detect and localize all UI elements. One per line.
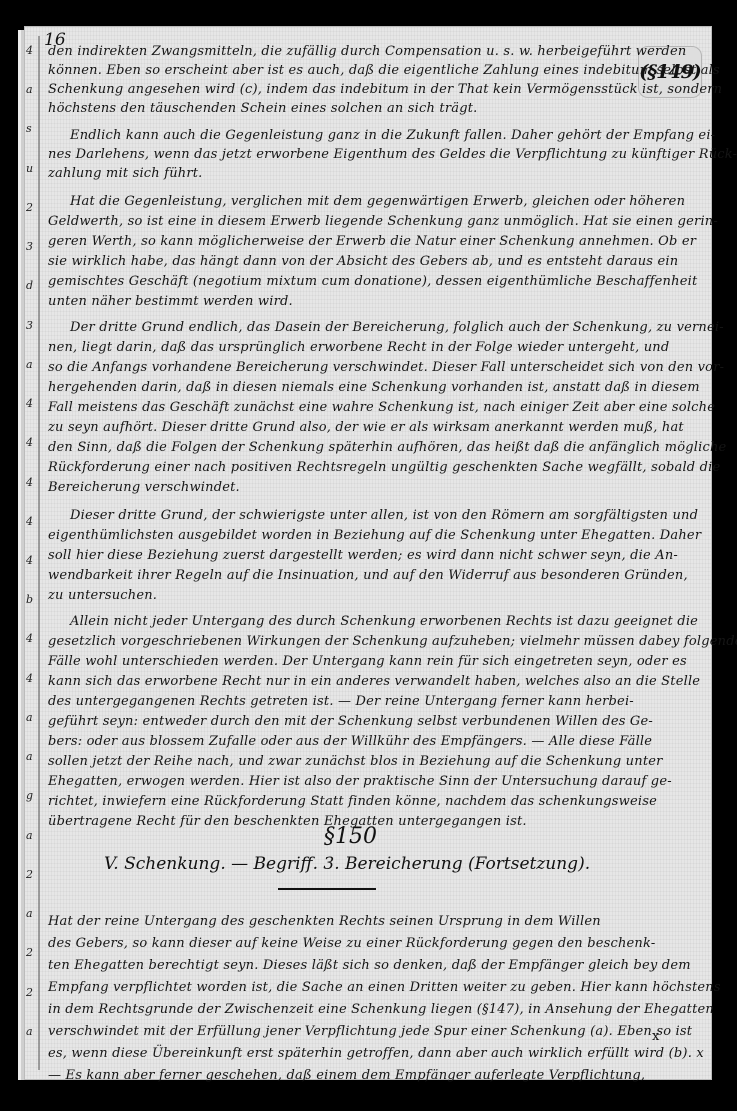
margin-mark: 2 [26, 201, 33, 214]
text-line: Endlich kann auch die Gegenleistung ganz… [70, 128, 715, 143]
margin-mark: 4 [26, 515, 33, 528]
margin-mark: 3 [26, 240, 33, 253]
text-line: Fälle wohl unterschieden werden. Der Unt… [48, 654, 687, 669]
section-number: §150 [324, 824, 377, 849]
margin-mark: 4 [26, 672, 33, 685]
margin-mark: 4 [26, 554, 33, 567]
margin-mark: 4 [26, 436, 33, 449]
text-line: Empfang verpflichtet worden ist, die Sac… [48, 980, 721, 995]
margin-mark: 4 [26, 632, 33, 645]
text-line: sollen jetzt der Reihe nach, und zwar zu… [48, 754, 663, 769]
text-line: höchstens den täuschenden Schein eines s… [48, 101, 477, 116]
text-line: gemischtes Geschäft (negotium mixtum cum… [48, 274, 697, 289]
text-line: zahlung mit sich führt. [48, 166, 203, 181]
text-line: kann sich das erworbene Recht nur in ein… [48, 674, 700, 689]
text-line: richtet, inwiefern eine Rückforderung St… [48, 794, 657, 809]
title-underline [278, 888, 376, 890]
manuscript-page: 16 (§149) 4asu23d3a44444b44aaga2a22a den… [24, 26, 712, 1080]
margin-mark: d [26, 279, 33, 292]
text-line: Geldwerth, so ist eine in diesem Erwerb … [48, 214, 718, 229]
text-line: des Gebers, so kann dieser auf keine Wei… [48, 936, 655, 951]
margin-mark: a [26, 1025, 33, 1038]
text-line: können. Eben so erscheint aber ist es au… [48, 63, 720, 78]
margin-mark: a [26, 907, 33, 920]
margin-marks: 4asu23d3a44444b44aaga2a22a [24, 26, 38, 1080]
margin-mark: s [26, 122, 32, 135]
margin-mark: u [26, 162, 33, 175]
text-line: wendbarkeit ihrer Regeln auf die Insinua… [48, 568, 688, 583]
text-line: Der dritte Grund endlich, das Dasein der… [70, 320, 724, 335]
margin-mark: a [26, 83, 33, 96]
text-line: so die Anfangs vorhandene Bereicherung v… [48, 360, 724, 375]
text-line: nen, liegt darin, daß das ursprünglich e… [48, 340, 669, 355]
text-line: zu untersuchen. [48, 588, 157, 603]
margin-mark: 3 [26, 319, 33, 332]
margin-mark: a [26, 358, 33, 371]
text-line: geführt seyn: entweder durch den mit der… [48, 714, 653, 729]
section-title: V. Schenkung. — Begriff. 3. Bereicherung… [104, 854, 590, 874]
margin-mark: 4 [26, 44, 33, 57]
text-line: ten Ehegatten berechtigt seyn. Dieses lä… [48, 958, 691, 973]
margin-mark: 2 [26, 868, 33, 881]
margin-mark: b [26, 593, 33, 606]
text-line: Hat die Gegenleistung, verglichen mit de… [70, 194, 685, 209]
margin-mark: a [26, 750, 33, 763]
text-line: es, wenn diese Übereinkunft erst späterh… [48, 1046, 704, 1061]
text-line: übertragene Recht für den beschenkten Eh… [48, 814, 527, 829]
text-line: gesetzlich vorgeschriebenen Wirkungen de… [48, 634, 737, 649]
text-line: den indirekten Zwangsmitteln, die zufäll… [48, 44, 686, 59]
text-line: Fall meistens das Geschäft zunächst eine… [48, 400, 715, 415]
text-line: den Sinn, daß die Folgen der Schenkung s… [48, 440, 726, 455]
text-line: Schenkung angesehen wird (c), indem das … [48, 82, 722, 97]
text-line: Ehegatten, erwogen werden. Hier ist also… [48, 774, 672, 789]
text-line: sie wirklich habe, das hängt dann von de… [48, 254, 678, 269]
text-line: geren Werth, so kann möglicherweise der … [48, 234, 696, 249]
margin-mark: 4 [26, 476, 33, 489]
text-line: des untergegangenen Rechts getreten ist.… [48, 694, 634, 709]
text-line: bers: oder aus blossem Zufalle oder aus … [48, 734, 652, 749]
text-line: zu seyn aufhört. Dieser dritte Grund als… [48, 420, 684, 435]
text-line: Bereicherung verschwindet. [48, 480, 240, 495]
margin-mark: g [26, 789, 33, 802]
margin-mark: 2 [26, 986, 33, 999]
margin-mark: a [26, 829, 33, 842]
margin-mark: a [26, 711, 33, 724]
text-line: Dieser dritte Grund, der schwierigste un… [70, 508, 698, 523]
margin-cross-mark: x [652, 1029, 659, 1044]
text-line: — Es kann aber ferner geschehen, daß ein… [48, 1068, 645, 1083]
text-line: nes Darlehens, wenn das jetzt erworbene … [48, 147, 737, 162]
text-line: Allein nicht jeder Untergang des durch S… [70, 614, 698, 629]
text-line: Hat der reine Untergang des geschenkten … [48, 914, 601, 929]
margin-mark: 4 [26, 397, 33, 410]
text-line: soll hier diese Beziehung zuerst dargest… [48, 548, 678, 563]
text-line: eigenthümlichsten ausgebildet worden in … [48, 528, 701, 543]
text-line: in dem Rechtsgrunde der Zwischenzeit ein… [48, 1002, 714, 1017]
text-line: unten näher bestimmt werden wird. [48, 294, 293, 309]
text-line: hergehenden darin, daß in diesen niemals… [48, 380, 700, 395]
text-line: verschwindet mit der Erfüllung jener Ver… [48, 1024, 692, 1039]
margin-mark: 2 [26, 946, 33, 959]
margin-rule [38, 36, 40, 1070]
text-line: Rückforderung einer nach positiven Recht… [48, 460, 720, 475]
